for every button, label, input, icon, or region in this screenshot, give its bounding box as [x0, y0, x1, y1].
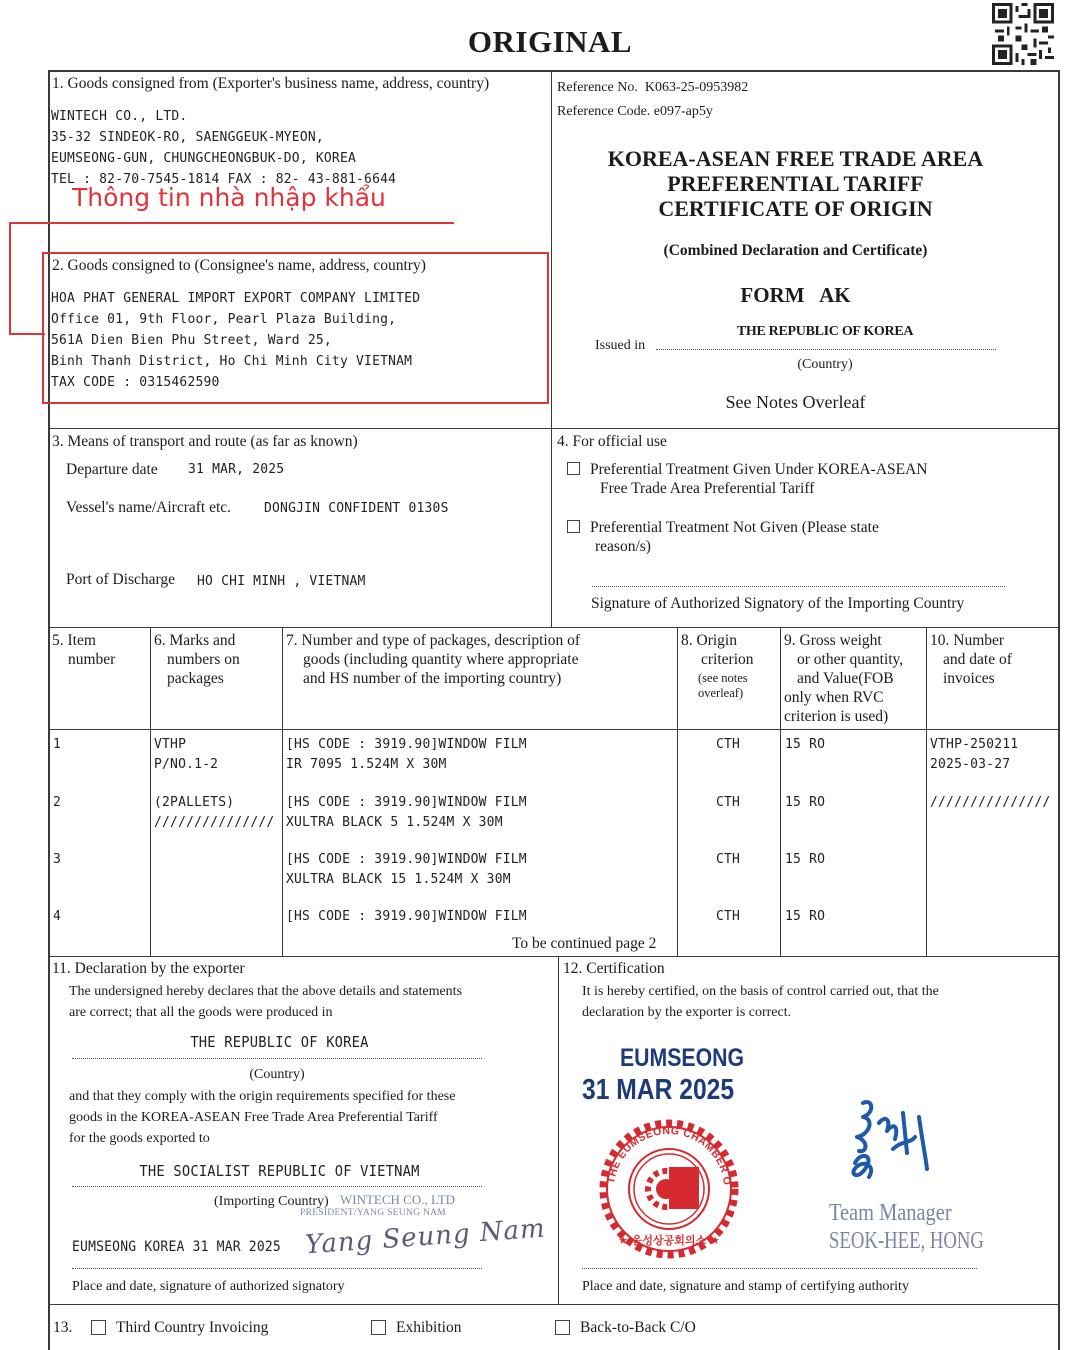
- cell-item: 3: [53, 850, 61, 870]
- cell-marks: (2PALLETS)///////////////: [154, 793, 274, 832]
- departure-date-value: 31 MAR, 2025: [188, 462, 284, 477]
- cell-line: XULTRA BLACK 15 1.524M X 30M: [286, 870, 527, 890]
- annotation-bracket-bottom: [9, 333, 45, 335]
- vessel-value: DONGJIN CONFIDENT 0130S: [264, 501, 449, 516]
- preferential-given-checkbox[interactable]: [567, 462, 580, 475]
- exporter-details: WINTECH CO., LTD. 35-32 SINDEOK-RO, SAEN…: [51, 106, 396, 190]
- divider: [780, 627, 781, 956]
- issued-country: THE REPUBLIC OF KOREA: [680, 324, 970, 340]
- continued-note: To be continued page 2: [512, 934, 656, 953]
- option-text: Third Country Invoicing: [116, 1319, 268, 1336]
- reference-no: Reference No. K063-25-0953982: [557, 79, 748, 97]
- preferential-given-option[interactable]: Preferential Treatment Given Under KOREA…: [567, 460, 928, 479]
- header-note: (see notes: [681, 671, 754, 686]
- header-line: criterion is used): [784, 707, 903, 726]
- box12-label: 12. Certification: [563, 959, 665, 978]
- cell-line: 15 RO: [785, 907, 825, 927]
- option-text: Back-to-Back C/O: [580, 1319, 696, 1336]
- cell-line: 15 RO: [785, 850, 825, 870]
- divider: [551, 70, 552, 628]
- cell-weight: 15 RO: [785, 735, 825, 755]
- stamp-date: 31 MAR 2025: [582, 1074, 734, 1107]
- divider: [48, 627, 1060, 628]
- header-line: 10. Number: [930, 631, 1012, 650]
- authority-caption: Place and date, signature and stamp of c…: [582, 1278, 909, 1296]
- importing-country: THE SOCIALIST REPUBLIC OF VIETNAM: [89, 1162, 471, 1180]
- divider: [150, 627, 151, 956]
- cell-weight: 15 RO: [785, 907, 825, 927]
- cell-item: 1: [53, 735, 61, 755]
- back-to-back-option[interactable]: Back-to-Back C/O: [555, 1318, 696, 1337]
- cell-line: 1: [53, 735, 61, 755]
- heading-line: CERTIFICATE OF ORIGIN: [553, 196, 1038, 221]
- exporter-address-line: EUMSEONG-GUN, CHUNGCHEONGBUK-DO, KOREA: [51, 148, 396, 169]
- header-line: 6. Marks and: [154, 631, 240, 650]
- cell-line: VTHP-250211: [930, 735, 1018, 755]
- box1-label: 1. Goods consigned from (Exporter's busi…: [52, 74, 489, 93]
- form-name: FORM AK: [553, 283, 1038, 308]
- third-country-invoicing-option[interactable]: Third Country Invoicing: [91, 1318, 268, 1337]
- cell-desc: [HS CODE : 3919.90]WINDOW FILMIR 7095 1.…: [286, 735, 527, 774]
- heading-line: KOREA-ASEAN FREE TRADE AREA: [553, 146, 1038, 171]
- see-notes: See Notes Overleaf: [553, 392, 1038, 413]
- preferential-not-given-option[interactable]: Preferential Treatment Not Given (Please…: [567, 518, 879, 537]
- cell-weight: 15 RO: [785, 850, 825, 870]
- cell-invoice: VTHP-2502112025-03-27: [930, 735, 1018, 774]
- header-line: 9. Gross weight: [784, 631, 903, 650]
- cell-origin: CTH: [716, 850, 740, 870]
- consignee-address-line: Office 01, 9th Floor, Pearl Plaza Buildi…: [51, 309, 420, 330]
- cell-line: XULTRA BLACK 5 1.524M X 30M: [286, 813, 527, 833]
- header-line: and Value(FOB: [784, 669, 903, 688]
- cell-line: 4: [53, 907, 61, 927]
- produced-country: THE REPUBLIC OF KOREA: [89, 1033, 471, 1051]
- cell-desc: [HS CODE : 3919.90]WINDOW FILMXULTRA BLA…: [286, 793, 527, 832]
- exporter-place-date: EUMSEONG KOREA 31 MAR 2025: [72, 1239, 281, 1255]
- stamp-city: EUMSEONG: [620, 1044, 744, 1073]
- header-line: packages: [154, 669, 240, 688]
- cell-line: 15 RO: [785, 735, 825, 755]
- reference-code-label: Reference Code.: [557, 104, 650, 119]
- port-value: HO CHI MINH , VIETNAM: [197, 574, 366, 589]
- box13-label: 13.: [53, 1318, 72, 1337]
- header-invoice: 10. Number and date of invoices: [930, 631, 1012, 688]
- cell-line: ///////////////: [930, 793, 1050, 813]
- annotation-bracket-left: [9, 222, 11, 335]
- reference-code: Reference Code. e097-ap5y: [557, 103, 713, 121]
- exhibition-checkbox[interactable]: [371, 1320, 386, 1335]
- divider: [282, 627, 283, 956]
- consignee-address-line: 561A Dien Bien Phu Street, Ward 25,: [51, 330, 420, 351]
- divider: [558, 956, 559, 1304]
- header-origin: 8. Origin criterion (see notes overleaf): [681, 631, 754, 701]
- authority-line: [582, 1268, 977, 1269]
- annotation-bracket-top: [10, 222, 454, 224]
- signatory-line: [72, 1268, 482, 1269]
- cell-line: CTH: [716, 735, 740, 755]
- svg-text:★ 음성상공회의소 ★: ★ 음성상공회의소 ★: [618, 1233, 720, 1247]
- signer-title: Team Manager: [829, 1200, 952, 1227]
- consignee-details: HOA PHAT GENERAL IMPORT EXPORT COMPANY L…: [51, 288, 420, 393]
- certifier-signature-icon: [845, 1093, 940, 1188]
- cell-line: [HS CODE : 3919.90]WINDOW FILM: [286, 793, 527, 813]
- qr-code-icon: [991, 3, 1055, 65]
- cell-origin: CTH: [716, 793, 740, 813]
- cell-item: 4: [53, 907, 61, 927]
- header-note: overleaf): [681, 686, 754, 701]
- box2-label: 2. Goods consigned to (Consignee's name,…: [52, 256, 426, 275]
- exporter-name: WINTECH CO., LTD.: [51, 106, 396, 127]
- cell-desc: [HS CODE : 3919.90]WINDOW FILMXULTRA BLA…: [286, 850, 527, 889]
- header-weight: 9. Gross weight or other quantity, and V…: [784, 631, 903, 726]
- header-description: 7. Number and type of packages, descript…: [286, 631, 580, 688]
- option-text-cont: reason/s): [595, 537, 651, 556]
- header-line: and date of: [930, 650, 1012, 669]
- declaration-text: The undersigned hereby declares that the…: [69, 983, 462, 1001]
- cell-line: VTHP: [154, 735, 218, 755]
- exhibition-option[interactable]: Exhibition: [371, 1318, 461, 1337]
- cell-line: CTH: [716, 907, 740, 927]
- cell-desc: [HS CODE : 3919.90]WINDOW FILM: [286, 907, 527, 927]
- cell-item: 2: [53, 793, 61, 813]
- header-line: numbers on: [154, 650, 240, 669]
- declaration-text: for the goods exported to: [69, 1130, 210, 1148]
- option-text: Preferential Treatment Not Given (Please…: [590, 519, 879, 536]
- consignee-address-line: Binh Thanh District, Ho Chi Minh City VI…: [51, 351, 420, 372]
- header-line: invoices: [930, 669, 1012, 688]
- cell-line: P/NO.1-2: [154, 755, 218, 775]
- cell-line: IR 7095 1.524M X 30M: [286, 755, 527, 775]
- issued-in-line: [656, 349, 996, 350]
- signatory-caption: Place and date, signature of authorized …: [72, 1278, 345, 1296]
- divider: [926, 627, 927, 956]
- header-item-number: 5. Item number: [52, 631, 115, 669]
- cell-line: [HS CODE : 3919.90]WINDOW FILM: [286, 850, 527, 870]
- divider: [677, 627, 678, 956]
- divider: [48, 729, 1060, 730]
- vessel-label: Vessel's name/Aircraft etc.: [66, 498, 231, 517]
- certification-text: declaration by the exporter is correct.: [582, 1004, 791, 1022]
- cell-line: (2PALLETS): [154, 793, 274, 813]
- box4-label: 4. For official use: [557, 432, 667, 451]
- third-country-invoicing-checkbox[interactable]: [91, 1320, 106, 1335]
- header-line: only when RVC: [784, 688, 903, 707]
- cell-line: ///////////////: [154, 813, 274, 833]
- cell-weight: 15 RO: [785, 793, 825, 813]
- declaration-text: and that they comply with the origin req…: [69, 1088, 455, 1106]
- consignee-tax-code: TAX CODE : 0315462590: [51, 372, 420, 393]
- option-text: Exhibition: [396, 1319, 461, 1336]
- cell-line: 3: [53, 850, 61, 870]
- divider: [48, 428, 1060, 429]
- certification-text: It is hereby certified, on the basis of …: [582, 983, 939, 1001]
- cell-line: CTH: [716, 850, 740, 870]
- importing-signatory-caption: Signature of Authorized Signatory of the…: [591, 594, 964, 613]
- box3-label: 3. Means of transport and route (as far …: [52, 432, 358, 451]
- cell-line: CTH: [716, 793, 740, 813]
- port-label: Port of Discharge: [66, 570, 175, 589]
- importing-country-line: [72, 1186, 482, 1187]
- heading-line: PREFERENTIAL TARIFF: [553, 171, 1038, 196]
- option-text: Preferential Treatment Given Under KOREA…: [590, 461, 928, 478]
- header-line: and HS number of the importing country): [286, 669, 580, 688]
- back-to-back-checkbox[interactable]: [555, 1320, 570, 1335]
- cell-line: 15 RO: [785, 793, 825, 813]
- declaration-text: goods in the KOREA-ASEAN Free Trade Area…: [69, 1109, 438, 1127]
- cell-line: [HS CODE : 3919.90]WINDOW FILM: [286, 907, 527, 927]
- reference-no-label: Reference No.: [557, 80, 638, 95]
- chamber-seal-icon: THE EUMSEONG CHAMBER OF COMMERCE & INDUS…: [594, 1117, 744, 1262]
- country-line: [72, 1058, 482, 1059]
- header-line: 5. Item: [52, 631, 115, 650]
- divider: [48, 956, 1060, 957]
- cell-invoice: ///////////////: [930, 793, 1050, 813]
- issued-in-label: Issued in: [595, 337, 645, 355]
- reference-code-value: e097-ap5y: [654, 104, 713, 119]
- header-line: 7. Number and type of packages, descript…: [286, 631, 580, 650]
- declaration-text: are correct; that all the goods were pro…: [69, 1004, 333, 1022]
- cell-origin: CTH: [716, 735, 740, 755]
- exporter-address-line: 35-32 SINDEOK-RO, SAENGGEUK-MYEON,: [51, 127, 396, 148]
- country-caption: (Country): [72, 1066, 482, 1084]
- cell-line: [HS CODE : 3919.90]WINDOW FILM: [286, 735, 527, 755]
- header-line: or other quantity,: [784, 650, 903, 669]
- cell-line: 2025-03-27: [930, 755, 1018, 775]
- country-caption: (Country): [680, 357, 970, 373]
- box11-label: 11. Declaration by the exporter: [52, 959, 245, 978]
- certificate-subtitle: (Combined Declaration and Certificate): [553, 242, 1038, 260]
- header-line: 8. Origin: [681, 631, 754, 650]
- signature-line: [592, 586, 1005, 587]
- consignee-name: HOA PHAT GENERAL IMPORT EXPORT COMPANY L…: [51, 288, 420, 309]
- cell-marks: VTHPP/NO.1-2: [154, 735, 218, 774]
- document-title: ORIGINAL: [0, 24, 1080, 60]
- cell-line: 2: [53, 793, 61, 813]
- header-line: number: [52, 650, 115, 669]
- cell-origin: CTH: [716, 907, 740, 927]
- signer-name: SEOK-HEE, HONG: [829, 1228, 984, 1255]
- header-line: goods (including quantity where appropri…: [286, 650, 580, 669]
- annotation-label: Thông tin nhà nhập khẩu: [72, 183, 386, 212]
- option-text-cont: Free Trade Area Preferential Tariff: [600, 479, 814, 498]
- header-marks: 6. Marks and numbers on packages: [154, 631, 240, 688]
- divider: [48, 1304, 1060, 1305]
- preferential-not-given-checkbox[interactable]: [567, 520, 580, 533]
- importing-country-caption: (Importing Country): [214, 1193, 329, 1211]
- certificate-heading: KOREA-ASEAN FREE TRADE AREA PREFERENTIAL…: [553, 146, 1038, 221]
- company-stamp-line: WINTECH CO., LTD: [340, 1192, 455, 1208]
- departure-date-label: Departure date: [66, 460, 158, 479]
- reference-no-value: K063-25-0953982: [645, 80, 748, 95]
- header-line: criterion: [681, 650, 754, 669]
